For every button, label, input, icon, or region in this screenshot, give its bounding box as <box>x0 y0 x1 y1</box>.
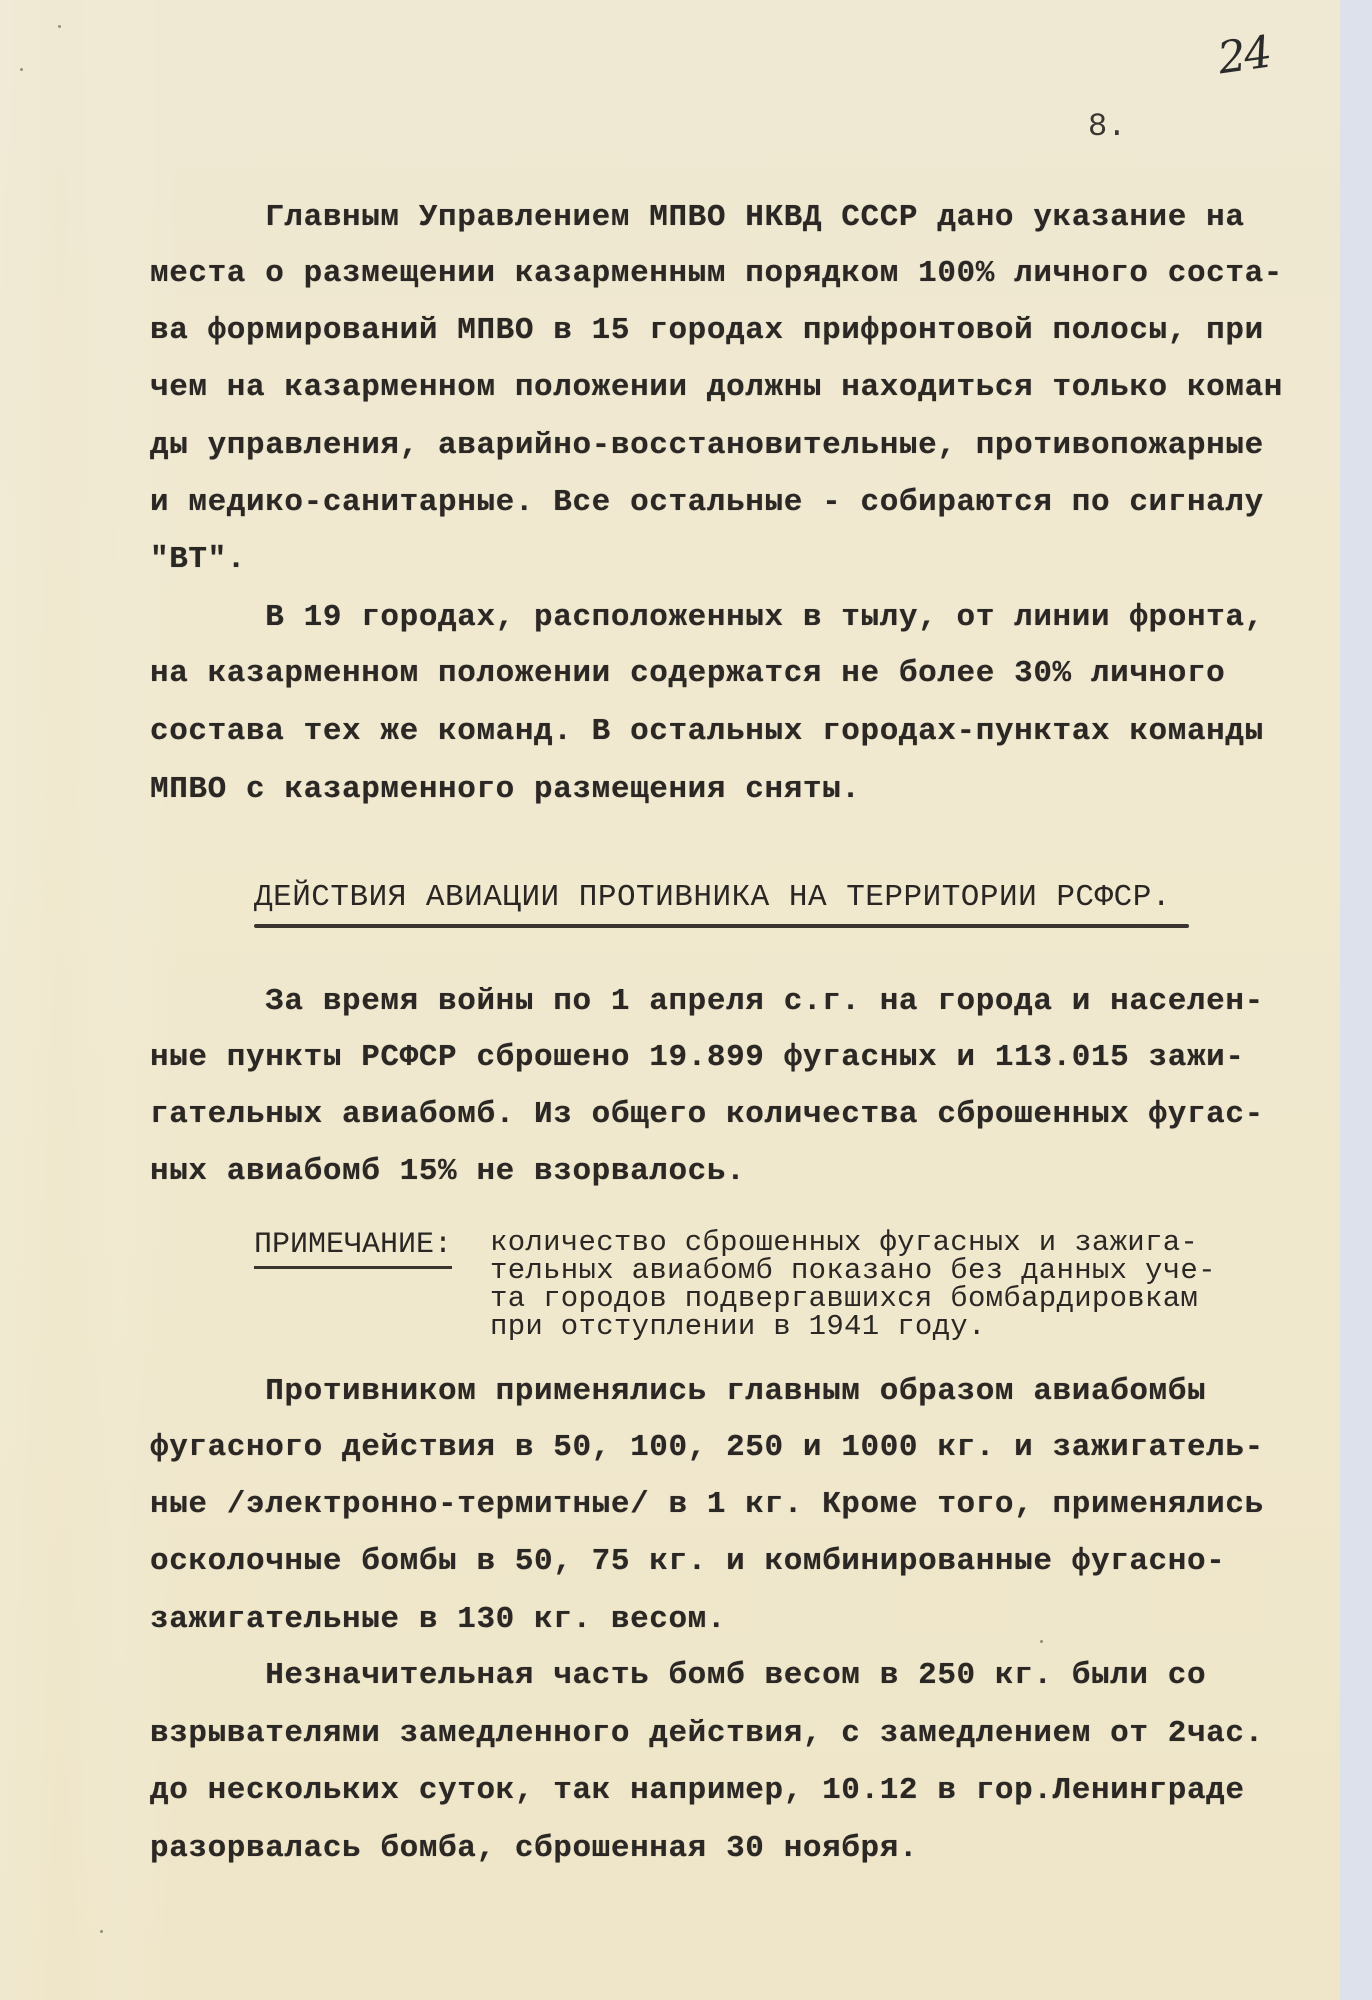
text-line: фугасного действия в 50, 100, 250 и 1000… <box>150 1430 1264 1465</box>
text-line: чем на казарменном положении должны нахо… <box>150 370 1283 405</box>
paper-speck <box>58 25 61 28</box>
text-line: осколочные бомбы в 50, 75 кг. и комбинир… <box>150 1544 1225 1579</box>
text-line: ных авиабомб 15% не взорвалось. <box>150 1154 745 1189</box>
document-page: 24 8. Главным Управлением МПВО НКВД СССР… <box>0 0 1340 2000</box>
text-line: Главным Управлением МПВО НКВД СССР дано … <box>150 200 1245 235</box>
text-line: За время войны по 1 апреля с.г. на город… <box>150 984 1264 1019</box>
text-line: зажигательные в 130 кг. весом. <box>150 1602 726 1637</box>
note-line: тельных авиабомб показано без данных уче… <box>490 1256 1216 1285</box>
text-line: Незначительная часть бомб весом в 250 кг… <box>150 1658 1206 1693</box>
scan-background-strip <box>1340 0 1372 2000</box>
text-line: ва формирований МПВО в 15 городах прифро… <box>150 313 1264 348</box>
text-line: состава тех же команд. В остальных город… <box>150 714 1264 749</box>
paper-speck <box>20 68 23 71</box>
text-line: В 19 городах, расположенных в тылу, от л… <box>150 600 1264 635</box>
handwritten-archive-number: 24 <box>1215 27 1274 85</box>
note-label: ПРИМЕЧАНИЕ: <box>254 1228 452 1262</box>
text-line: ные пункты РСФСР сброшено 19.899 фугасны… <box>150 1040 1245 1075</box>
text-line: Противником применялись главным образом … <box>150 1374 1206 1409</box>
text-line: гательных авиабомб. Из общего количества… <box>150 1097 1264 1132</box>
text-line: ные /электронно-термитные/ в 1 кг. Кроме… <box>150 1487 1264 1522</box>
note-line: та городов подвергавшихся бомбардировкам <box>490 1284 1198 1313</box>
text-line: на казарменном положении содержатся не б… <box>150 656 1225 691</box>
text-line: "ВТ". <box>150 542 246 577</box>
text-line: взрывателями замедленного действия, с за… <box>150 1716 1264 1751</box>
text-line: МПВО с казарменного размещения сняты. <box>150 772 861 807</box>
text-line: до нескольких суток, так например, 10.12… <box>150 1773 1245 1808</box>
heading-underline <box>254 924 1189 928</box>
paper-speck <box>100 1930 103 1933</box>
paper-speck <box>1040 1640 1043 1643</box>
note-line: количество сброшенных фугасных и зажига- <box>490 1228 1198 1257</box>
text-line: разорвалась бомба, сброшенная 30 ноября. <box>150 1831 918 1866</box>
text-line: и медико-санитарные. Все остальные - соб… <box>150 485 1264 520</box>
note-label-underline <box>254 1266 452 1269</box>
page-number: 8. <box>1088 108 1126 145</box>
section-heading: ДЕЙСТВИЯ АВИАЦИИ ПРОТИВНИКА НА ТЕРРИТОРИ… <box>254 880 1171 915</box>
text-line: места о размещении казарменным порядком … <box>150 256 1283 291</box>
note-line: при отступлении в 1941 году. <box>490 1312 986 1341</box>
text-line: ды управления, аварийно-восстановительны… <box>150 428 1264 463</box>
